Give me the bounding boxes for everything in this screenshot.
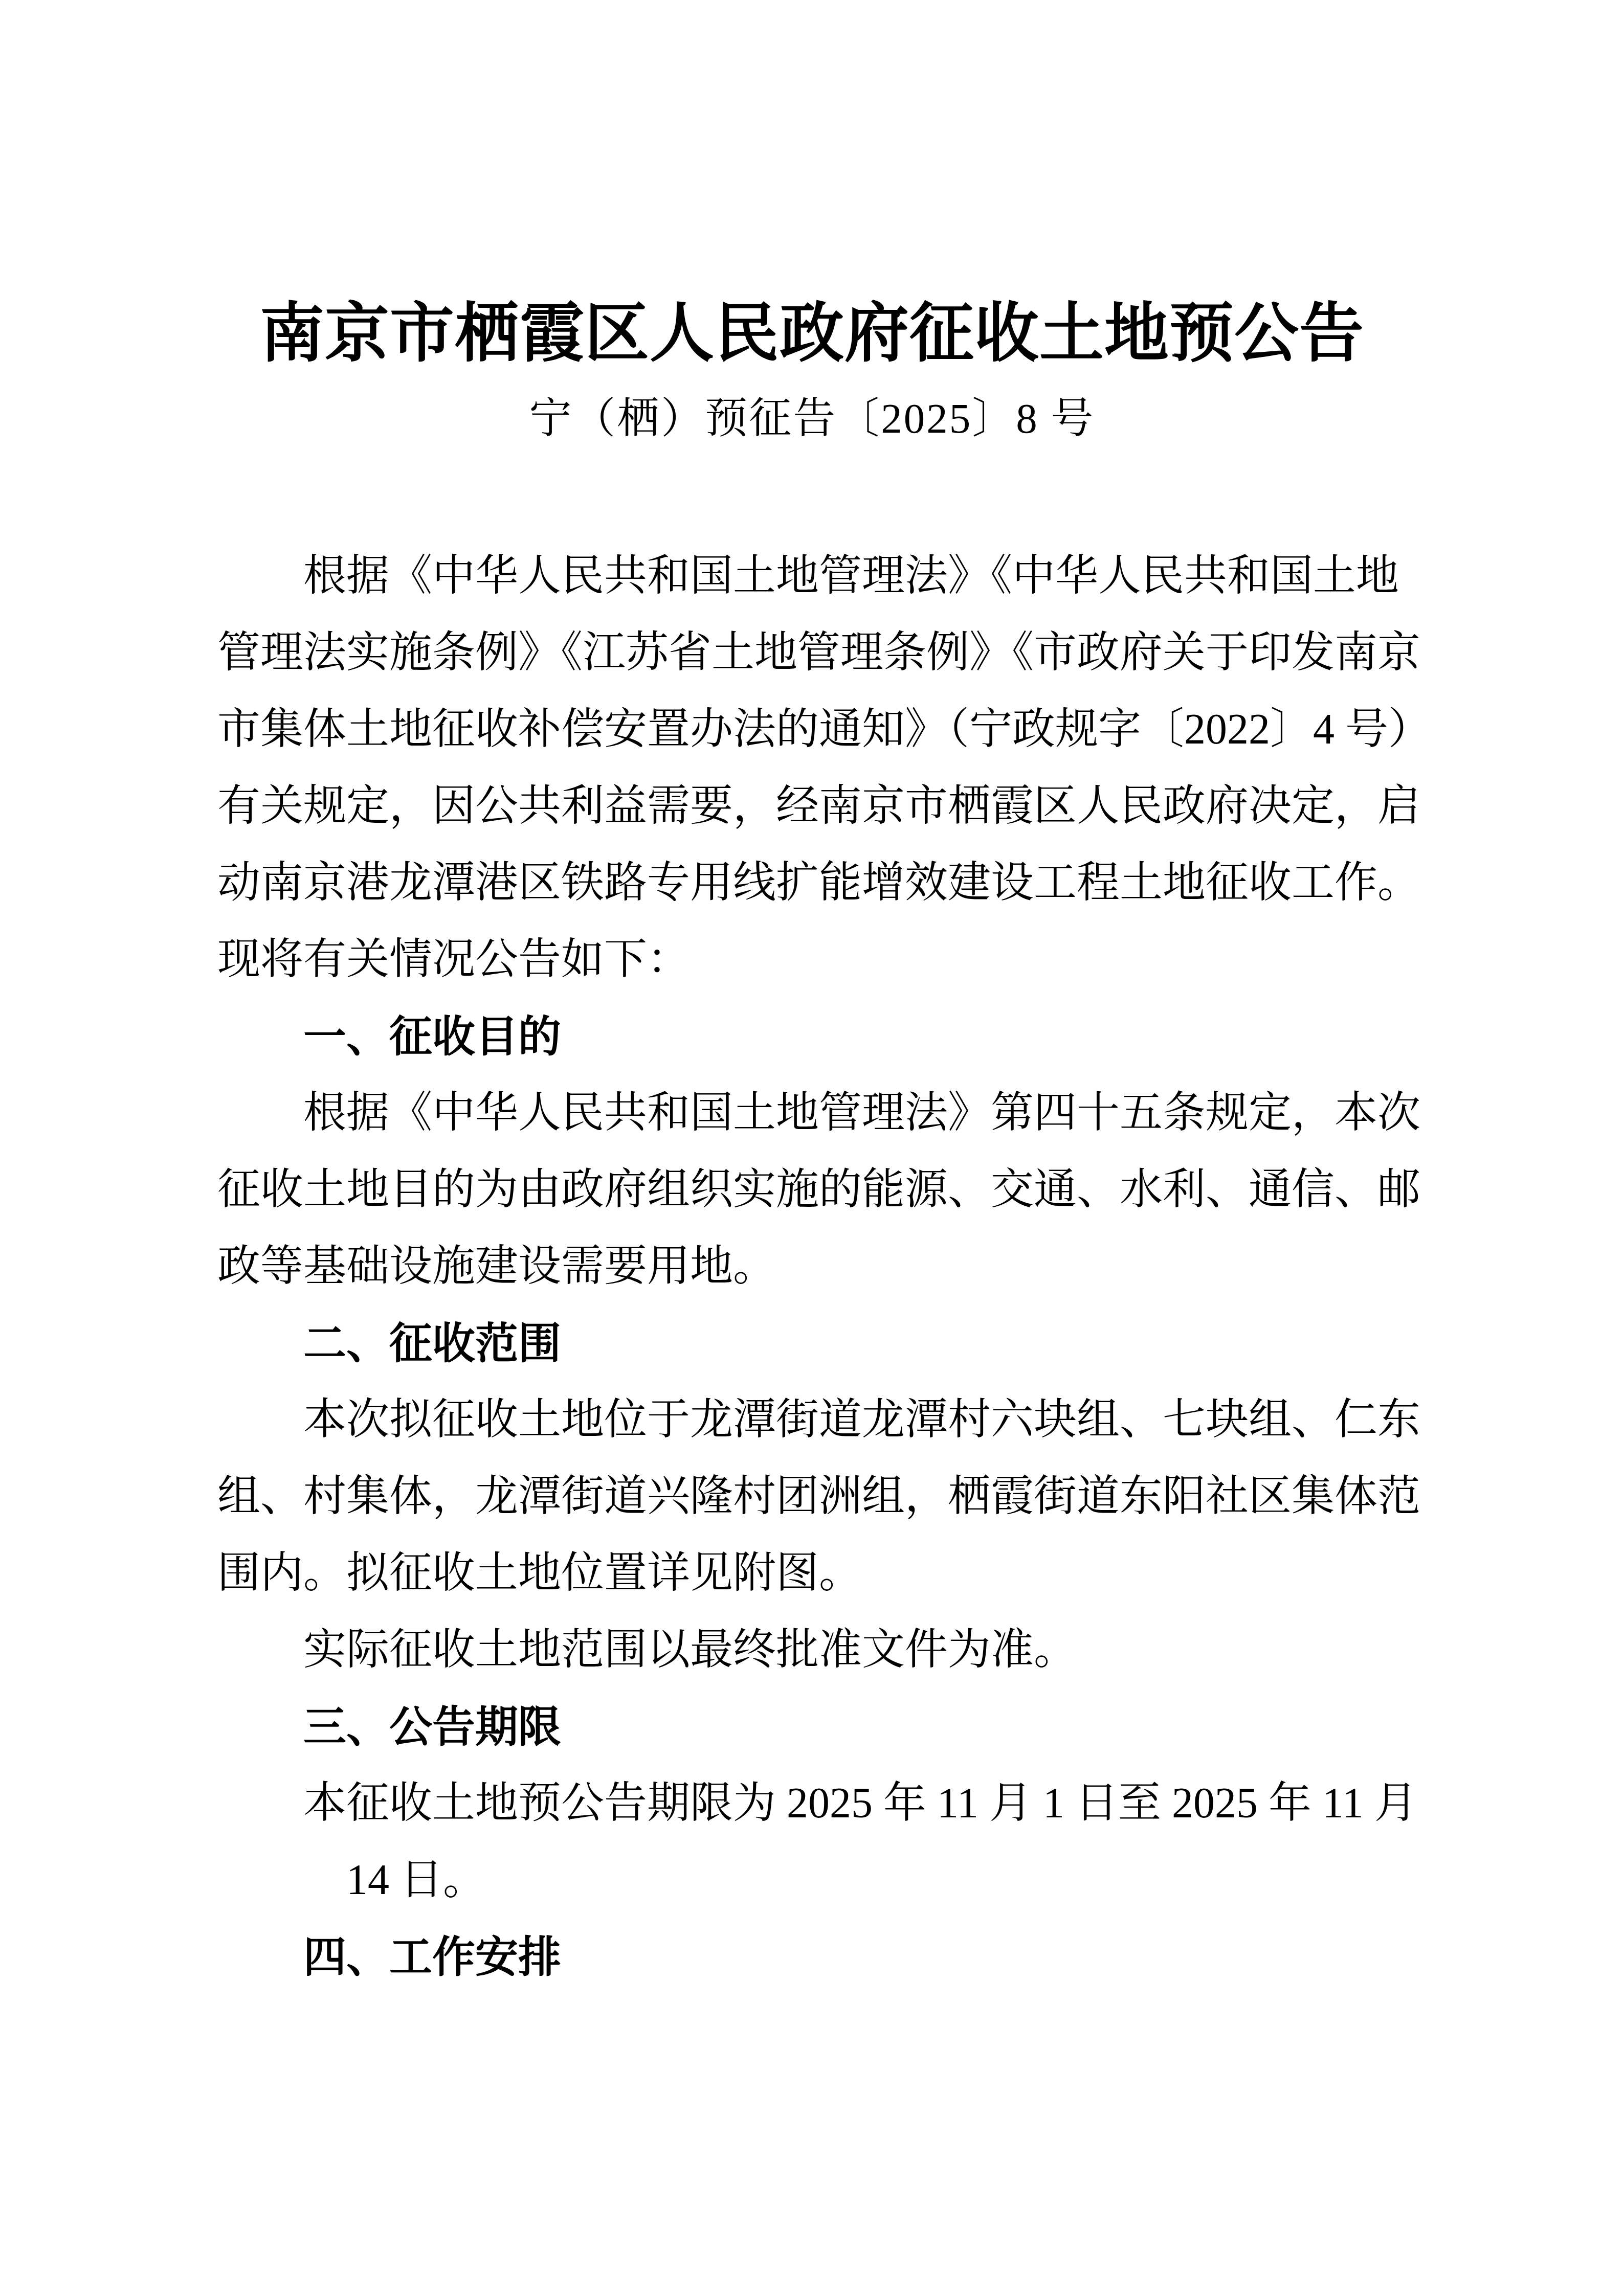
section-2-heading: 二、征收范围 <box>217 1305 1440 1382</box>
section-3-heading: 三、公告期限 <box>217 1689 1440 1765</box>
section-2-paragraph-2: 实际征收土地范围以最终批准文件为准。 <box>217 1612 1440 1689</box>
intro-paragraph: 根据《中华人民共和国土地管理法》《中华人民共和国土地 管理法实施条例》《江苏省土… <box>217 538 1440 998</box>
announcement-page: 南京市栖霞区人民政府征收土地预公告 宁（栖）预征告〔2025〕8 号 根据《中华… <box>0 0 1624 2296</box>
section-3-paragraph-1: 本征收土地预公告期限为 2025 年 11 月 1 日至 2025 年 11 月… <box>217 1765 1440 1919</box>
document-title: 南京市栖霞区人民政府征收土地预公告 <box>0 301 1624 368</box>
section-1-paragraph-1: 根据《中华人民共和国土地管理法》第四十五条规定，本次 征收土地目的为由政府组织实… <box>217 1075 1440 1305</box>
section-2-paragraph-1: 本次拟征收土地位于龙潭街道龙潭村六块组、七块组、仁东 组、村集体，龙潭街道兴隆村… <box>217 1382 1440 1612</box>
section-4-heading: 四、工作安排 <box>217 1919 1440 1995</box>
document-body: 根据《中华人民共和国土地管理法》《中华人民共和国土地 管理法实施条例》《江苏省土… <box>0 538 1624 1995</box>
section-1-heading: 一、征收目的 <box>217 998 1440 1075</box>
document-number: 宁（栖）预征告〔2025〕8 号 <box>0 390 1624 447</box>
